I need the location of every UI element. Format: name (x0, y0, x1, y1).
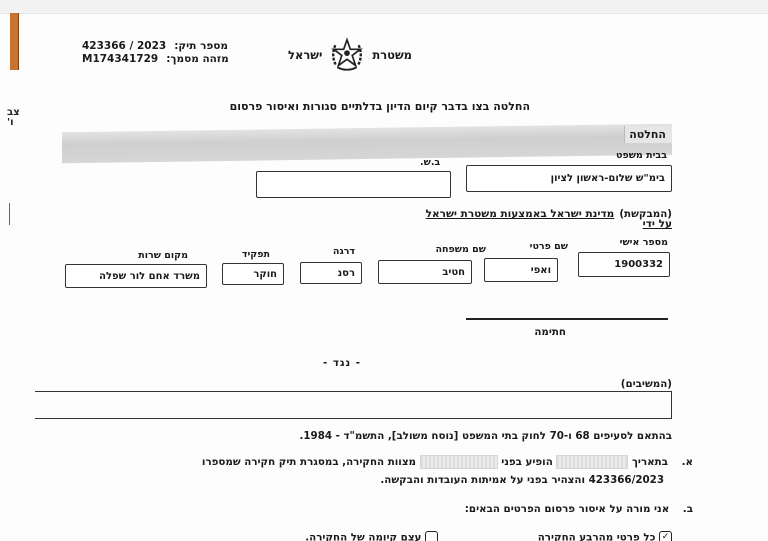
first-name-field[interactable]: ואפי (484, 258, 558, 282)
court-field[interactable]: בימ"ש שלום-ראשון לציון (466, 165, 672, 192)
case-field[interactable] (256, 171, 451, 198)
legal-basis: בהתאם לסעיפים 68 ו-70 לחוק בתי המשפט [נו… (32, 430, 672, 442)
service-place-label: מקום שרות (138, 250, 188, 261)
applicant-line: (המבקשת) מדינת ישראל באמצעות משטרת ישראל (372, 202, 672, 221)
checkbox-existence[interactable]: עצם קיומה של החקירה. (305, 531, 438, 541)
checkbox-all-details-label: כל פרטי מהרבע החקירה (538, 532, 656, 541)
section-b-marker: ב. (683, 503, 693, 515)
case-label: ב.ש. (420, 157, 440, 168)
service-place-field[interactable]: משרד אחם לור שפלה (65, 264, 207, 288)
file-number-value: 423366 / 2023 (82, 40, 166, 53)
first-name-label: שם פרטי (530, 241, 568, 252)
section-a-appeared-label: הופיע בפני (501, 456, 553, 468)
role-field[interactable]: חוקר (222, 263, 284, 285)
section-a-line1: א. בתאריך הופיע בפני מצוות החקירה, במסגר… (73, 455, 693, 469)
checkbox-all-details[interactable]: ✓ כל פרטי מהרבע החקירה (538, 531, 672, 541)
applicant-by: על ידי (643, 218, 672, 230)
org-name-part1: משטרת (372, 48, 412, 62)
rank-field[interactable]: רסנ (300, 262, 362, 284)
last-name-field[interactable]: חטיב (378, 260, 472, 284)
checkbox-existence-label: עצם קיומה של החקירה. (305, 532, 421, 541)
redacted-name (420, 455, 498, 469)
applicant-name: מדינת ישראל באמצעות משטרת ישראל (426, 208, 615, 220)
redacted-date (556, 455, 628, 469)
section-a-line2: 423366/2023 והצהיר בפני על אמיתות העובדו… (380, 474, 664, 486)
document-meta: מספר תיק: 423366 / 2023 מזהה מסמך: M1743… (82, 40, 229, 66)
section-a-marker: א. (682, 456, 693, 468)
decision-label: החלטה (624, 126, 672, 143)
document-id-value: M174341729 (82, 53, 158, 66)
role-label: תפקיד (242, 249, 270, 260)
personal-number-label: מספר אישי (620, 237, 668, 248)
court-label: בבית משפט (616, 150, 667, 161)
section-a-date-label: בתאריך (632, 456, 668, 468)
signature-line[interactable] (466, 318, 668, 320)
section-b-text: אני מורה על איסור פרסום הפרטים הבאים: (465, 503, 669, 515)
edge-tick (9, 203, 10, 225)
top-band (0, 0, 768, 14)
section-a-team-text: מצוות החקירה, במסגרת תיק חקירה שמספרו (202, 456, 416, 468)
personal-number-field[interactable]: 1900332 (578, 252, 670, 277)
police-logo: משטרת ישראל (288, 36, 412, 74)
redacted-band (62, 124, 672, 164)
police-emblem-icon (328, 36, 366, 74)
checkbox-checked-icon[interactable]: ✓ (659, 531, 672, 541)
folder-tab-edge (10, 13, 19, 70)
document-title: החלטה בצו בדבר קיום הדיון בדלתיים סגורות… (185, 100, 530, 113)
respondents-field[interactable] (35, 391, 672, 419)
versus-label: - נגד - (323, 357, 361, 369)
checkbox-unchecked-icon[interactable] (425, 531, 438, 541)
org-name-part2: ישראל (288, 48, 322, 62)
rank-label: דרגה (333, 246, 355, 257)
file-number-label: מספר תיק: (174, 40, 228, 53)
respondents-label: (המשיבים) (621, 378, 672, 390)
edge-mark: צב 'ו (7, 108, 20, 128)
last-name-label: שם משפחה (435, 244, 486, 255)
section-b: ב. אני מורה על איסור פרסום הפרטים הבאים: (465, 503, 693, 515)
document-id-label: מזהה מסמך: (166, 53, 228, 66)
signature-label: חתימה (534, 326, 566, 338)
